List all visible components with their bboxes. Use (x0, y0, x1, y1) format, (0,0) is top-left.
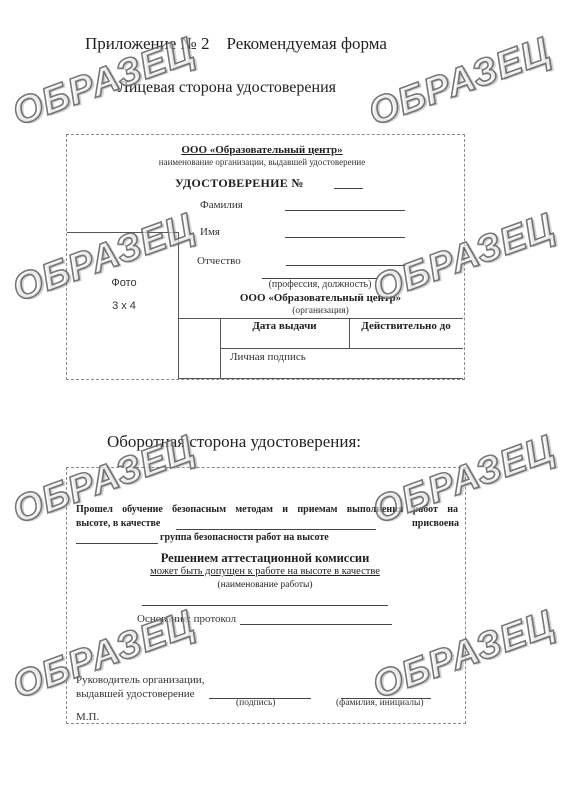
admitted-text: может быть допущен к работе на высоте в … (150, 566, 380, 577)
field-label-surname: Фамилия (200, 199, 243, 211)
photo-frame-top (67, 232, 178, 233)
work-name-field[interactable] (142, 605, 388, 606)
table-row-divider (220, 348, 463, 349)
profession-caption: (профессия, должность) (262, 279, 378, 290)
certificate-number-label: УДОСТОВЕРЕНИЕ № (175, 176, 304, 191)
name-caption: (фамилия, инициалы) (336, 698, 424, 708)
work-caption: (наименование работы) (66, 580, 464, 590)
appendix-heading: Приложение № 2 Рекомендуемая форма (85, 34, 387, 54)
head-label-line2: выдавшей удостоверение (76, 688, 195, 700)
issue-date-header: Дата выдачи (220, 320, 349, 332)
table-bottom-border (178, 378, 463, 379)
patronymic-field[interactable] (286, 265, 406, 266)
name-field[interactable] (285, 237, 405, 238)
assigned-text: присвоена (412, 516, 459, 531)
photo-size: 3 х 4 (84, 300, 164, 312)
surname-field[interactable] (285, 210, 405, 211)
valid-until-header: Действительно до (349, 320, 463, 332)
field-label-name: Имя (200, 226, 220, 238)
photo-frame-right (178, 232, 179, 378)
front-org-name-2: ООО «Образовательный центр» (178, 292, 463, 304)
training-text-line2: высоте, в качестве (76, 516, 160, 531)
decision-title: Решением аттестационной комиссии (66, 551, 464, 566)
protocol-field[interactable] (240, 624, 392, 625)
front-side-card (66, 134, 465, 380)
signature-caption: (подпись) (236, 698, 275, 708)
basis-label: Основание: протокол (137, 613, 236, 625)
safety-group-text: группа безопасности работ на высоте (160, 530, 329, 545)
stamp-label: М.П. (76, 711, 99, 723)
front-org-caption: наименование организации, выдавшей удост… (0, 157, 462, 167)
front-org-name: ООО «Образовательный центр» (0, 144, 462, 156)
watermark-sample: ОБРАЗЕЦ (363, 30, 556, 135)
photo-label: Фото (84, 277, 164, 289)
personal-signature-label: Личная подпись (230, 351, 306, 363)
certificate-number-field[interactable] (334, 188, 363, 189)
training-text-line1: Прошел обучение безопасным методам и при… (76, 502, 458, 517)
front-org-caption-2: (организация) (178, 306, 463, 316)
back-side-title: Оборотная сторона удостоверения: (107, 432, 361, 452)
admitted-text-wrap: может быть допущен к работе на высоте в … (66, 566, 464, 577)
head-label-line1: Руководитель организации, (76, 674, 204, 686)
front-side-title: Лицевая сторона удостоверения (118, 79, 336, 97)
safety-group-field[interactable] (76, 543, 158, 544)
field-label-patronymic: Отчество (197, 255, 241, 267)
